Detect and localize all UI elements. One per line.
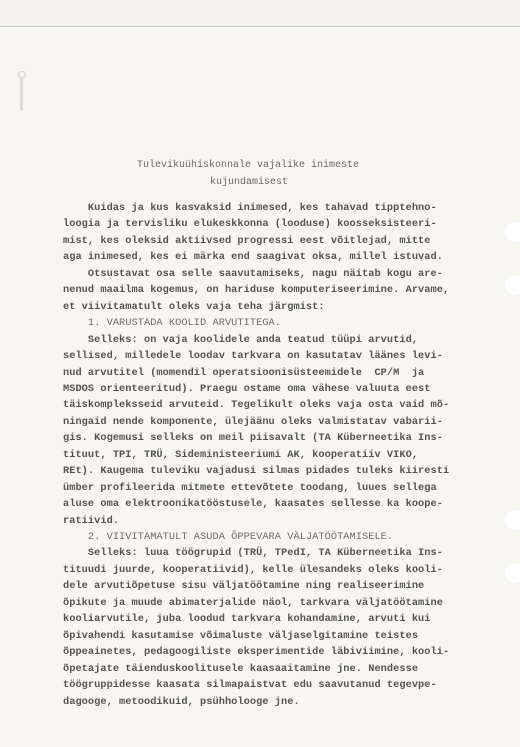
- body-line: töögruppidesse kaasata silmapaistvat edu…: [63, 679, 437, 691]
- typewritten-page: Tulevikuühiskonnale vajalike inimeste ku…: [0, 0, 520, 747]
- body-line: tituudi juurde, kooperatiivid), kelle ül…: [63, 564, 443, 576]
- body-line: õpivahendi kasutamise võimaluste väljase…: [63, 630, 418, 642]
- document-title-line-2: kujundamisest: [210, 177, 288, 188]
- punch-hole: [505, 509, 520, 531]
- body-line: et viivitamatult oleks vaja teha järgmis…: [63, 301, 325, 313]
- body-line: aga inimesed, kes ei märka end saagivat …: [63, 251, 443, 263]
- body-line: MSDOS orienteeritud). Praegu ostame oma …: [63, 383, 431, 395]
- document-title-line-1: Tulevikuühiskonnale vajalike inimeste: [137, 160, 359, 171]
- body-line: Selleks: on vaja koolidele anda teatud t…: [63, 334, 418, 346]
- body-line: Otsustavat osa selle saavutamiseks, nagu…: [63, 268, 443, 280]
- body-line: täiskompleksseid arvuteid. Tegelikult ol…: [63, 399, 449, 411]
- body-line: mist, kes oleksid aktiivsed progressi ee…: [63, 235, 431, 247]
- body-line: nud arvutitel (momendil operatsioonisüst…: [63, 367, 424, 379]
- page-top-edge: [0, 0, 520, 27]
- body-line: dele arvutiõpetuse sisu väljatöötamine n…: [63, 580, 424, 592]
- section-heading: 1. VARUSTADA KOOLID ARVUTITEGA.: [63, 317, 281, 329]
- body-line: nenud maailma kogemus, on hariduse kompu…: [63, 284, 449, 296]
- body-line: ratiivid.: [63, 515, 119, 527]
- body-line: õppeainetes, pedagoogiliste eksperimenti…: [63, 646, 449, 658]
- body-line: õpetajate täienduskoolitusele kaasaaitam…: [63, 663, 418, 675]
- section-heading: 2. VIIVITAMATULT ASUDA ÕPPEVARA VÄLJATÖÖ…: [63, 531, 393, 543]
- body-line: Kuidas ja kus kasvaksid inimesed, kes ta…: [63, 202, 437, 214]
- body-line: sellised, milledele loodav tarkvara on k…: [63, 350, 443, 362]
- body-line: ningaid nende komponente, ülejäänu oleks…: [63, 416, 443, 428]
- staple-mark: [20, 75, 23, 111]
- body-line: ümber profileerida mitmete ettevõtete to…: [63, 482, 437, 494]
- body-line: Selleks: luua töögrupid (TRÜ, TPedI, TA …: [63, 547, 443, 559]
- body-line: loogia ja tervisliku elukeskkonna (loodu…: [63, 218, 437, 230]
- body-line: kooliarvutile, juba loodud tarkvara koha…: [63, 613, 431, 625]
- body-line: dagooge, metoodikuid, psühholooge jne.: [63, 696, 300, 708]
- punch-hole: [505, 221, 520, 243]
- body-line: gis. Kogemusi selleks on meil piisavalt …: [63, 432, 443, 444]
- punch-hole: [505, 562, 520, 584]
- body-line: aluse oma elektroonikatööstusele, kaasat…: [63, 498, 443, 510]
- body-line: õpikute ja muude abimaterjalide näol, ta…: [63, 597, 443, 609]
- punch-hole: [505, 274, 520, 296]
- body-line: REt). Kaugema tuleviku vajadusi silmas p…: [63, 465, 449, 477]
- body-line: tituut, TPI, TRÜ, Sideministeeriumi AK, …: [63, 449, 418, 461]
